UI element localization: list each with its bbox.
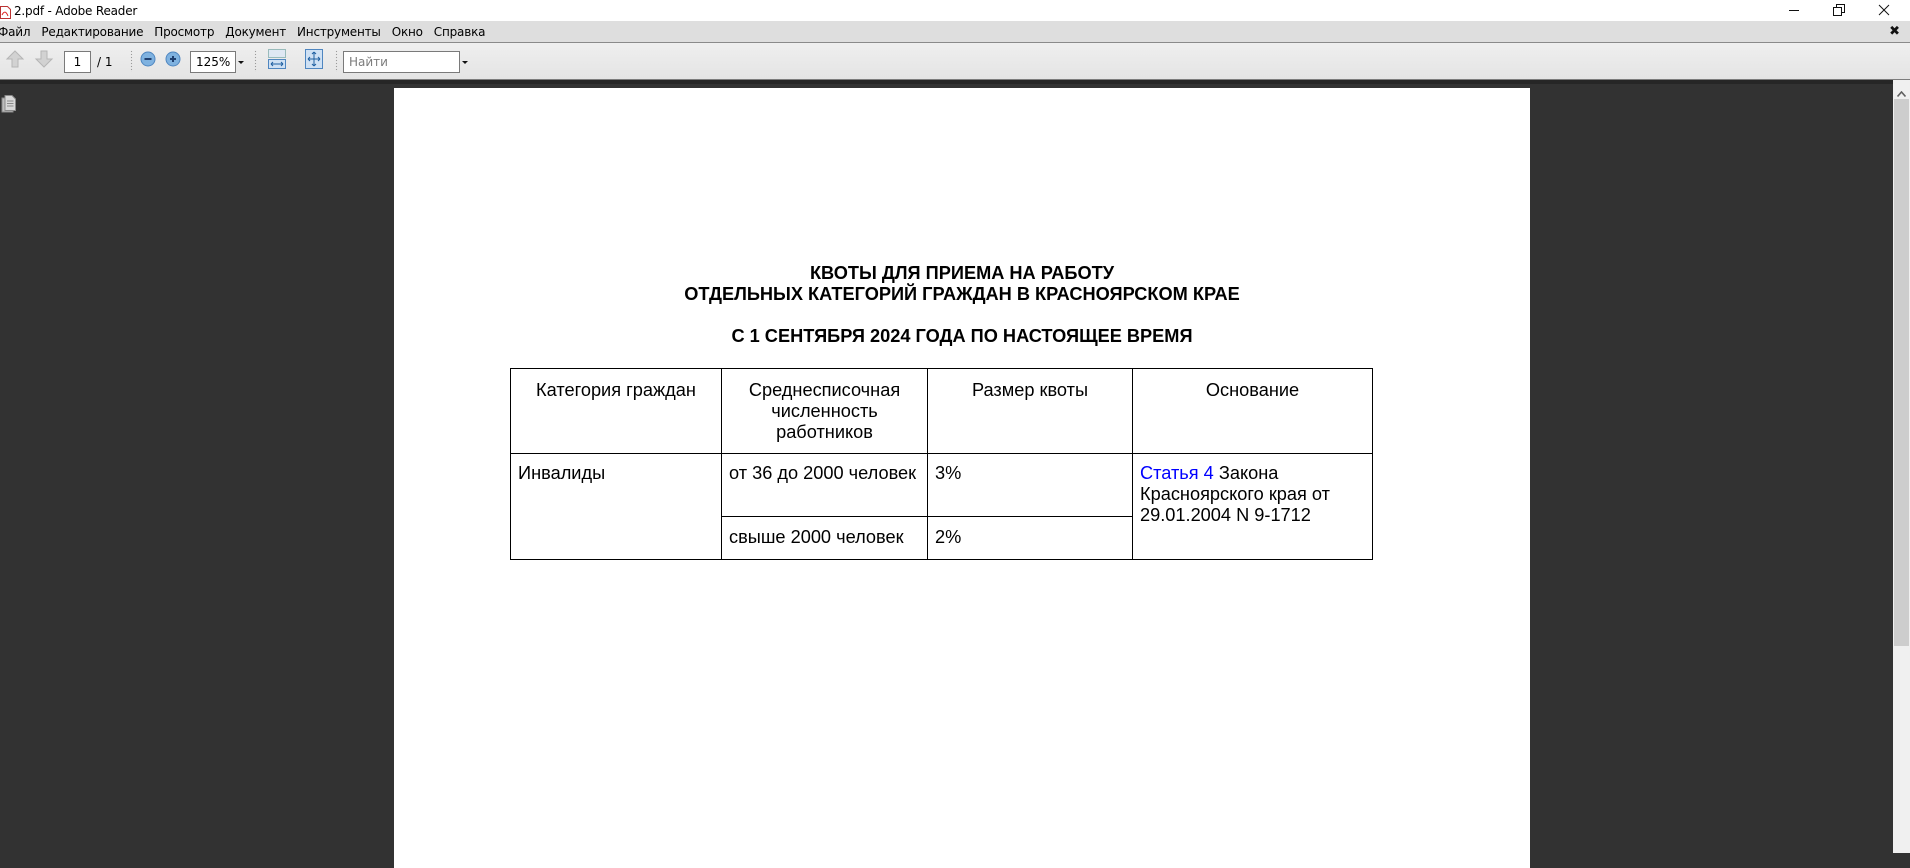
page-total: / 1 [97,51,113,73]
zoom-in-icon [165,51,181,71]
menu-edit[interactable]: Редактирование [41,25,150,39]
menu-help[interactable]: Справка [434,25,492,39]
toolbar-separator [254,50,257,72]
title-bar: 2.pdf - Adobe Reader [0,0,1910,21]
toolbar-separator [130,50,133,72]
cell-quota: 2% [928,517,1133,560]
table-header-row: Категория граждан Среднесписочная числен… [511,369,1373,454]
fit-page-icon [305,49,323,73]
next-page-button[interactable] [34,43,54,79]
restore-icon [1833,1,1845,20]
cell-headcount: свыше 2000 человек [722,517,928,560]
fit-width-button[interactable] [268,43,286,79]
menu-tools[interactable]: Инструменты [297,25,388,39]
zoom-in-button[interactable] [165,43,181,79]
fit-page-button[interactable] [305,43,323,79]
menu-window[interactable]: Окно [392,25,430,39]
document-title-line-1: КВОТЫ ДЛЯ ПРИЕМА НА РАБОТУ [394,263,1530,284]
scroll-up-button[interactable] [1893,84,1910,98]
header-quota-size: Размер квоты [928,369,1133,454]
close-icon [1878,1,1890,20]
find-dropdown-arrow[interactable] [462,61,468,64]
menu-file[interactable]: Файл [0,25,37,39]
toolbar: 1 / 1 125% Найти [0,42,1910,80]
find-input[interactable]: Найти [343,51,460,73]
minimize-button[interactable] [1772,0,1816,21]
zoom-out-button[interactable] [140,43,156,79]
cell-category: Инвалиды [511,454,722,560]
law-article-link[interactable]: Статья 4 [1140,463,1214,483]
vertical-scrollbar[interactable] [1893,80,1910,853]
menu-bar: Файл Редактирование Просмотр Документ Ин… [0,21,1910,42]
minimize-icon [1788,1,1800,20]
header-headcount: Среднесписочная численность работников [722,369,928,454]
close-window-button[interactable] [1862,0,1906,21]
pages-panel-icon[interactable] [1,94,17,118]
table-row: Инвалиды от 36 до 2000 человек 3% Статья… [511,454,1373,517]
menu-document[interactable]: Документ [225,25,293,39]
zoom-level-input[interactable]: 125% [190,51,236,73]
cell-quota: 3% [928,454,1133,517]
zoom-out-icon [140,51,156,71]
scrollbar-thumb[interactable] [1894,99,1909,646]
fit-width-icon [268,49,286,73]
menu-view[interactable]: Просмотр [154,25,221,39]
cell-headcount: от 36 до 2000 человек [722,454,928,517]
document-title-line-2: ОТДЕЛЬНЫХ КАТЕГОРИЙ ГРАЖДАН В КРАСНОЯРСК… [394,284,1530,305]
window-title: 2.pdf - Adobe Reader [14,4,137,18]
cell-basis: Статья 4 Закона Красноярского края от 29… [1133,454,1373,560]
zoom-dropdown-arrow[interactable] [238,61,244,64]
pdf-file-icon [0,4,11,17]
pdf-page: КВОТЫ ДЛЯ ПРИЕМА НА РАБОТУ ОТДЕЛЬНЫХ КАТ… [394,88,1530,853]
header-basis: Основание [1133,369,1373,454]
quota-table: Категория граждан Среднесписочная числен… [510,368,1373,560]
document-subtitle: С 1 СЕНТЯБРЯ 2024 ГОДА ПО НАСТОЯЩЕЕ ВРЕМ… [394,326,1530,347]
toolbar-separator [335,50,338,72]
header-category: Категория граждан [511,369,722,454]
arrow-down-icon [34,49,54,73]
arrow-up-icon [5,49,25,73]
previous-page-button[interactable] [5,43,25,79]
restore-button[interactable] [1817,0,1861,21]
close-document-icon[interactable]: ✖ [1889,24,1900,39]
navigation-panel [0,80,30,853]
page-number-input[interactable]: 1 [64,51,91,73]
document-viewport[interactable]: КВОТЫ ДЛЯ ПРИЕМА НА РАБОТУ ОТДЕЛЬНЫХ КАТ… [0,80,1893,853]
chevron-up-icon [1897,82,1906,101]
